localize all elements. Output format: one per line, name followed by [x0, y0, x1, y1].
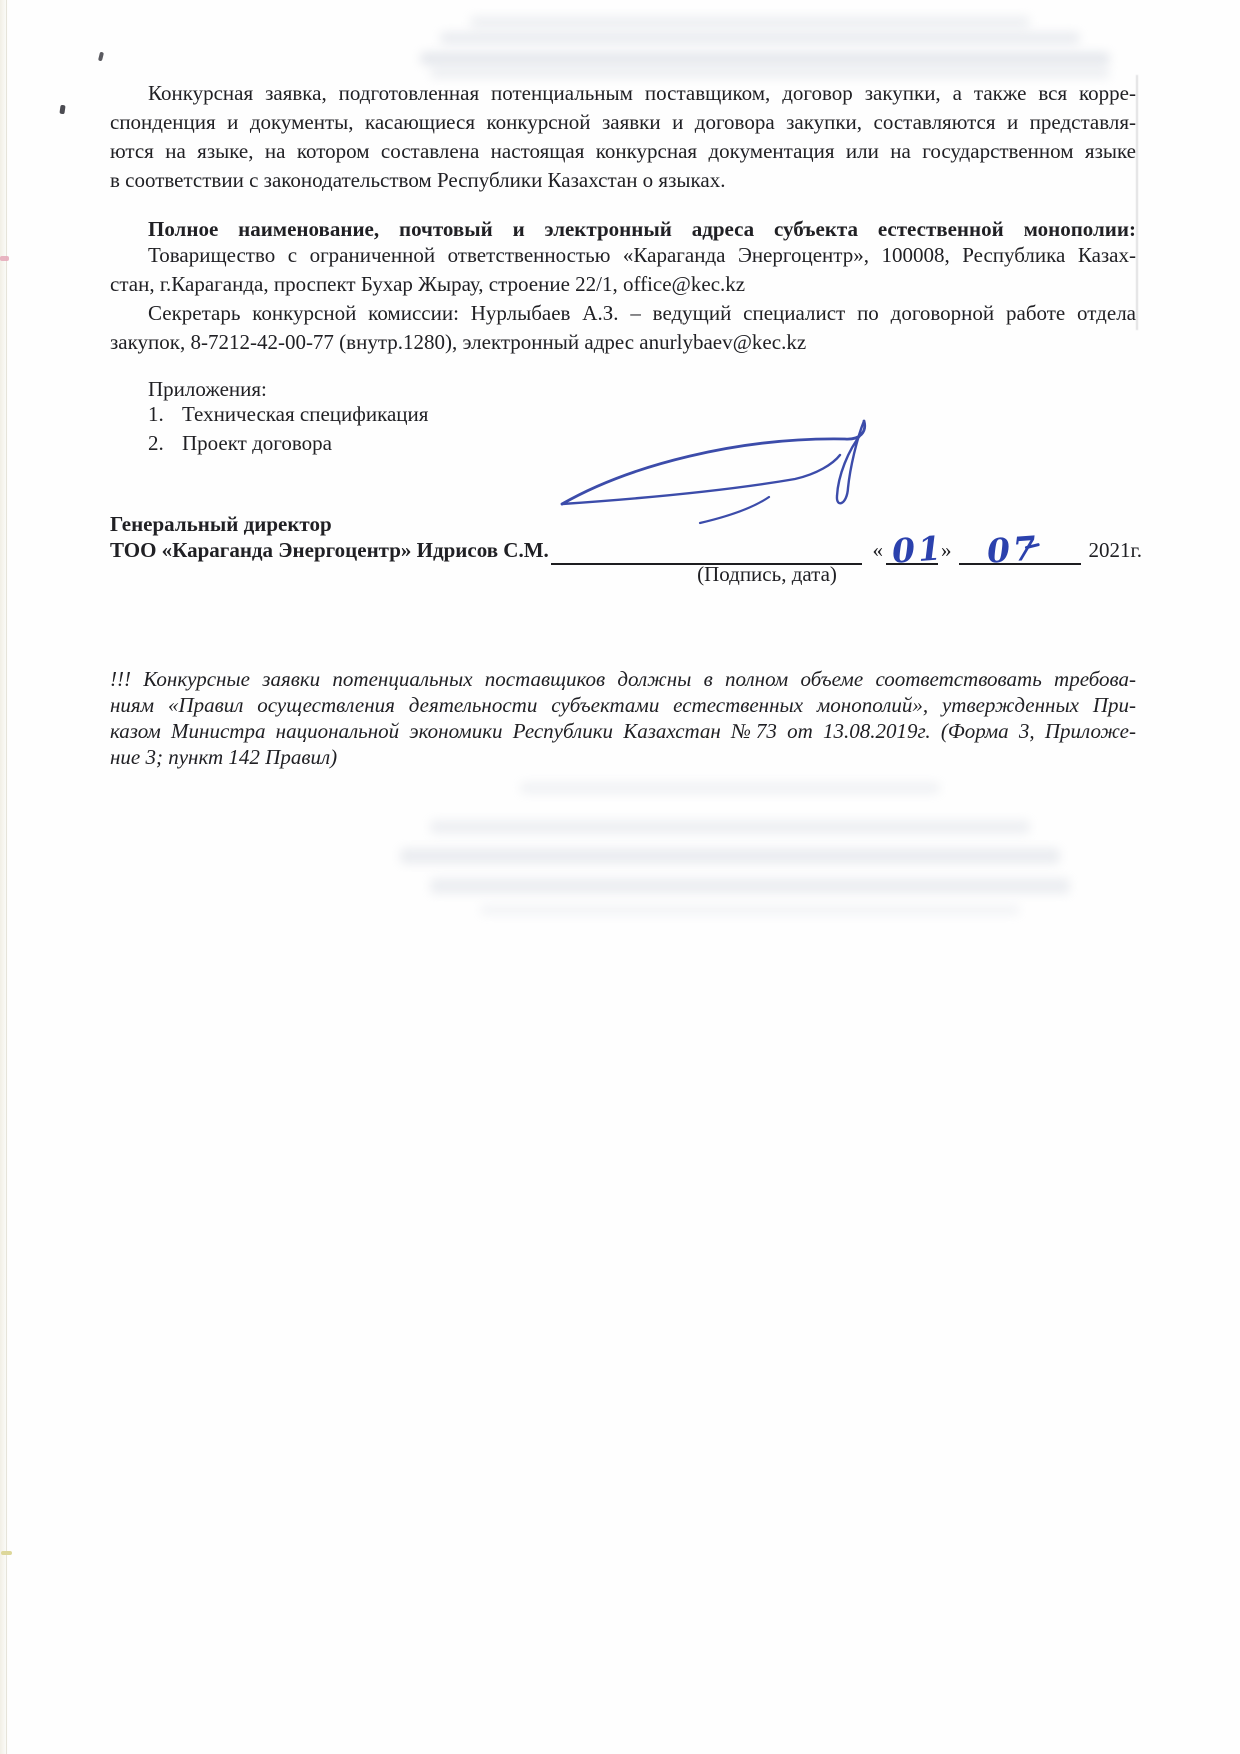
text-line: !!! Конкурсные заявки потенциальных пост… [110, 666, 1136, 692]
scan-edge-line [6, 0, 7, 1754]
intro-paragraph: Конкурсная заявка, подготовленная потенц… [110, 79, 1136, 195]
attachment-number: 1. [148, 400, 182, 429]
signature-caption: (Подпись, дата) [637, 560, 897, 589]
monopoly-address-paragraph: Товарищество с ограниченной ответственно… [110, 241, 1136, 299]
ink-speck [59, 105, 65, 115]
attachment-title: Проект договора [182, 429, 332, 458]
bleedthrough-ghost [430, 68, 1110, 78]
secretary-paragraph: Секретарь конкурсной комиссии: Нурлыбаев… [110, 299, 1136, 357]
bleedthrough-ghost [440, 32, 1080, 44]
text-line: в соответствии с законодательством Респу… [110, 166, 1136, 195]
handwritten-day: 01 [891, 531, 945, 568]
text-line: Конкурсная заявка, подготовленная потенц… [110, 79, 1136, 108]
company-director-name: ТОО «Караганда Энергоцентр» Идрисов С.М. [110, 536, 549, 565]
text-line: спонденция и документы, касающиеся конку… [110, 108, 1136, 137]
date-month-slot: 07 [959, 539, 1081, 565]
bleedthrough-ghost [400, 848, 1060, 864]
text-line: закупок, 8-7212-42-00-77 (внутр.1280), э… [110, 328, 1136, 357]
bleedthrough-ghost [430, 820, 1030, 834]
text-line: казом Министра национальной экономики Ре… [110, 718, 1136, 744]
text-line: ются на языке, на котором составлена нас… [110, 137, 1136, 166]
edge-mark [0, 256, 9, 261]
attachment-number: 2. [148, 429, 182, 458]
year-label: 2021г. [1089, 536, 1143, 565]
signature-date-line: ТОО «Караганда Энергоцентр» Идрисов С.М.… [110, 535, 1142, 565]
scan-fold-line [1136, 75, 1138, 330]
text-line: ние 3; пункт 142 Правил) [110, 744, 1136, 770]
text-line: стан, г.Караганда, проспект Бухар Жырау,… [110, 270, 1136, 299]
document-page: Конкурсная заявка, подготовленная потенц… [0, 0, 1240, 1754]
bleedthrough-ghost [520, 782, 940, 794]
text-line: ниям «Правил осуществления деятельности … [110, 692, 1136, 718]
ink-speck [98, 52, 104, 62]
edge-mark [1, 1551, 12, 1555]
bleedthrough-ghost [470, 16, 1030, 28]
bleedthrough-ghost [480, 905, 1020, 915]
handwritten-month: 07 [985, 531, 1039, 568]
bleedthrough-ghost [420, 52, 1110, 65]
section-heading: Полное наименование, почтовый и электрон… [110, 215, 1136, 244]
text-line: Секретарь конкурсной комиссии: Нурлыбаев… [110, 299, 1136, 328]
bleedthrough-ghost [430, 878, 1070, 894]
footnote-paragraph: !!! Конкурсные заявки потенциальных пост… [110, 666, 1136, 770]
text-line: Товарищество с ограниченной ответственно… [110, 241, 1136, 270]
attachment-title: Техническая спецификация [182, 400, 428, 429]
